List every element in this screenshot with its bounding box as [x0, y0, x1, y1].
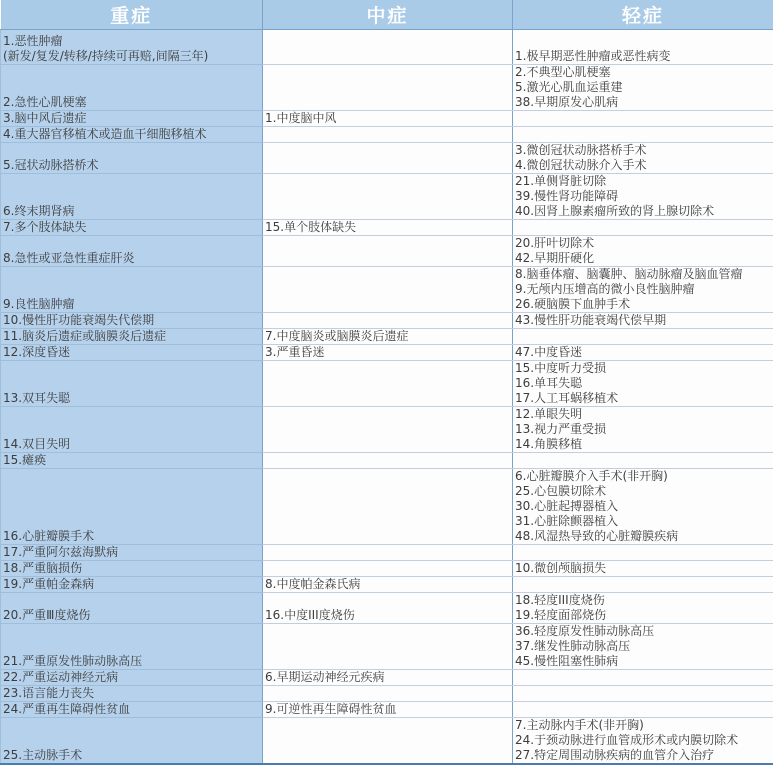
mild-cell: 3.微创冠状动脉搭桥手术4.微创冠状动脉介入手术 [513, 143, 773, 174]
cell-line: 26.硬脑膜下血肿手术 [515, 297, 771, 312]
table-row: 22.严重运动神经元病6.早期运动神经元疾病 [1, 670, 773, 686]
severe-cell: 12.深度昏迷 [1, 345, 263, 361]
cell-line: 17.人工耳蜗移植术 [515, 391, 771, 406]
cell-line: 10.慢性肝功能衰竭失代偿期 [3, 313, 260, 328]
severe-cell: 5.冠状动脉搭桥术 [1, 143, 263, 174]
table-row: 17.严重阿尔兹海默病 [1, 545, 773, 561]
cell-line: 17.严重阿尔兹海默病 [3, 545, 260, 560]
severe-cell: 4.重大器官移植术或造血干细胞移植术 [1, 127, 263, 143]
cell-line: 2.不典型心肌梗塞 [515, 65, 771, 80]
moderate-cell [263, 469, 513, 545]
cell-line: 1.中度脑中风 [265, 111, 510, 126]
cell-line: 48.风湿热导致的心脏瓣膜疾病 [515, 529, 771, 544]
cell-line: 42.早期肝硬化 [515, 251, 771, 266]
mild-cell: 8.脑垂体瘤、脑囊肿、脑动脉瘤及脑血管瘤9.无颅内压增高的微小良性脑肿瘤26.硬… [513, 267, 773, 313]
cell-line: 45.慢性阻塞性肺病 [515, 654, 771, 669]
header-row: 重症 中症 轻症 [1, 0, 773, 30]
mild-cell [513, 220, 773, 236]
moderate-cell [263, 236, 513, 267]
table-row: 11.脑炎后遗症或脑膜炎后遗症7.中度脑炎或脑膜炎后遗症 [1, 329, 773, 345]
severe-cell: 16.心脏瓣膜手术 [1, 469, 263, 545]
cell-line: 47.中度昏迷 [515, 345, 771, 360]
cell-line: 1.恶性肿瘤 [3, 34, 260, 49]
cell-line: (新发/复发/转移/持续可再赔,间隔三年) [3, 49, 260, 64]
mild-cell [513, 686, 773, 702]
cell-line: 16.中度III度烧伤 [265, 608, 510, 623]
table-row: 23.语言能力丧失 [1, 686, 773, 702]
severe-cell: 24.严重再生障碍性贫血 [1, 702, 263, 718]
mild-cell: 12.单眼失明13.视力严重受损14.角膜移植 [513, 407, 773, 453]
moderate-cell [263, 143, 513, 174]
table-row: 13.双耳失聪15.中度听力受损16.单耳失聪17.人工耳蜗移植术 [1, 361, 773, 407]
cell-line: 14.双目失明 [3, 437, 260, 452]
cell-line: 11.脑炎后遗症或脑膜炎后遗症 [3, 329, 260, 344]
table-row: 4.重大器官移植术或造血干细胞移植术 [1, 127, 773, 143]
moderate-cell: 8.中度帕金森氏病 [263, 577, 513, 593]
mild-cell: 36.轻度原发性肺动脉高压37.继发性肺动脉高压45.慢性阻塞性肺病 [513, 624, 773, 670]
column-header-severe: 重症 [1, 0, 263, 30]
moderate-cell: 3.严重昏迷 [263, 345, 513, 361]
cell-line: 15.单个肢体缺失 [265, 220, 510, 235]
severe-cell: 21.严重原发性肺动脉高压 [1, 624, 263, 670]
cell-line: 7.多个肢体缺失 [3, 220, 260, 235]
table-row: 12.深度昏迷3.严重昏迷47.中度昏迷 [1, 345, 773, 361]
cell-line: 20.严重Ⅲ度烧伤 [3, 608, 260, 623]
severe-cell: 7.多个肢体缺失 [1, 220, 263, 236]
cell-line: 18.轻度III度烧伤 [515, 593, 771, 608]
severe-cell: 10.慢性肝功能衰竭失代偿期 [1, 313, 263, 329]
severe-cell: 25.主动脉手术 [1, 718, 263, 765]
severe-cell: 20.严重Ⅲ度烧伤 [1, 593, 263, 624]
disease-classification-table: 重症 中症 轻症 1.恶性肿瘤(新发/复发/转移/持续可再赔,间隔三年)1.极早… [0, 0, 773, 765]
severe-cell: 15.瘫痪 [1, 453, 263, 469]
mild-cell: 1.极早期恶性肿瘤或恶性病变 [513, 30, 773, 65]
mild-cell: 18.轻度III度烧伤19.轻度面部烧伤 [513, 593, 773, 624]
table-row: 25.主动脉手术7.主动脉内手术(非开胸)24.于颈动脉进行血管成形术或内膜切除… [1, 718, 773, 765]
severe-cell: 19.严重帕金森病 [1, 577, 263, 593]
severe-cell: 6.终末期肾病 [1, 174, 263, 220]
cell-line: 24.严重再生障碍性贫血 [3, 702, 260, 717]
mild-cell [513, 577, 773, 593]
cell-line: 12.单眼失明 [515, 407, 771, 422]
cell-line: 5.冠状动脉搭桥术 [3, 158, 260, 173]
column-header-moderate: 中症 [263, 0, 513, 30]
table-row: 5.冠状动脉搭桥术3.微创冠状动脉搭桥手术4.微创冠状动脉介入手术 [1, 143, 773, 174]
table-row: 8.急性或亚急性重症肝炎20.肝叶切除术42.早期肝硬化 [1, 236, 773, 267]
severe-cell: 23.语言能力丧失 [1, 686, 263, 702]
table-row: 14.双目失明12.单眼失明13.视力严重受损14.角膜移植 [1, 407, 773, 453]
cell-line: 36.轻度原发性肺动脉高压 [515, 624, 771, 639]
cell-line: 43.慢性肝功能衰竭代偿早期 [515, 313, 771, 328]
severe-cell: 17.严重阿尔兹海默病 [1, 545, 263, 561]
cell-line: 27.特定周围动脉疾病的血管介入治疗 [515, 748, 771, 763]
cell-line: 9.良性脑肿瘤 [3, 297, 260, 312]
mild-cell [513, 127, 773, 143]
severe-cell: 14.双目失明 [1, 407, 263, 453]
mild-cell: 10.微创颅脑损失 [513, 561, 773, 577]
cell-line: 6.早期运动神经元疾病 [265, 670, 510, 685]
cell-line: 40.因肾上腺素瘤所致的肾上腺切除术 [515, 204, 771, 219]
table-row: 24.严重再生障碍性贫血9.可逆性再生障碍性贫血 [1, 702, 773, 718]
disease-table-body: 1.恶性肿瘤(新发/复发/转移/持续可再赔,间隔三年)1.极早期恶性肿瘤或恶性病… [1, 30, 773, 765]
cell-line: 19.严重帕金森病 [3, 577, 260, 592]
mild-cell [513, 670, 773, 686]
cell-line: 9.可逆性再生障碍性贫血 [265, 702, 510, 717]
moderate-cell: 9.可逆性再生障碍性贫血 [263, 702, 513, 718]
table-row: 7.多个肢体缺失15.单个肢体缺失 [1, 220, 773, 236]
cell-line: 3.严重昏迷 [265, 345, 510, 360]
moderate-cell [263, 267, 513, 313]
cell-line: 18.严重脑损伤 [3, 561, 260, 576]
cell-line: 7.主动脉内手术(非开胸) [515, 718, 771, 733]
table-row: 10.慢性肝功能衰竭失代偿期43.慢性肝功能衰竭代偿早期 [1, 313, 773, 329]
cell-line: 9.无颅内压增高的微小良性脑肿瘤 [515, 282, 771, 297]
moderate-cell [263, 545, 513, 561]
moderate-cell [263, 30, 513, 65]
cell-line: 39.慢性肾功能障碍 [515, 189, 771, 204]
mild-cell [513, 329, 773, 345]
cell-line: 16.单耳失聪 [515, 376, 771, 391]
moderate-cell [263, 624, 513, 670]
cell-line: 30.心脏起搏器植入 [515, 499, 771, 514]
cell-line: 19.轻度面部烧伤 [515, 608, 771, 623]
cell-line: 21.严重原发性肺动脉高压 [3, 654, 260, 669]
moderate-cell [263, 718, 513, 765]
mild-cell: 7.主动脉内手术(非开胸)24.于颈动脉进行血管成形术或内膜切除术27.特定周围… [513, 718, 773, 765]
severe-cell: 11.脑炎后遗症或脑膜炎后遗症 [1, 329, 263, 345]
moderate-cell: 15.单个肢体缺失 [263, 220, 513, 236]
moderate-cell [263, 361, 513, 407]
cell-line: 24.于颈动脉进行血管成形术或内膜切除术 [515, 733, 771, 748]
severe-cell: 13.双耳失聪 [1, 361, 263, 407]
mild-cell: 21.单侧肾脏切除39.慢性肾功能障碍40.因肾上腺素瘤所致的肾上腺切除术 [513, 174, 773, 220]
mild-cell: 15.中度听力受损16.单耳失聪17.人工耳蜗移植术 [513, 361, 773, 407]
cell-line: 7.中度脑炎或脑膜炎后遗症 [265, 329, 510, 344]
table-row: 16.心脏瓣膜手术6.心脏瓣膜介入手术(非开胸)25.心包膜切除术30.心脏起搏… [1, 469, 773, 545]
cell-line: 4.重大器官移植术或造血干细胞移植术 [3, 127, 260, 142]
cell-line: 6.心脏瓣膜介入手术(非开胸) [515, 469, 771, 484]
mild-cell: 2.不典型心肌梗塞5.激光心肌血运重建38.早期原发心肌病 [513, 65, 773, 111]
cell-line: 31.心脏除颤器植入 [515, 514, 771, 529]
cell-line: 13.视力严重受损 [515, 422, 771, 437]
table-row: 6.终末期肾病21.单侧肾脏切除39.慢性肾功能障碍40.因肾上腺素瘤所致的肾上… [1, 174, 773, 220]
cell-line: 3.微创冠状动脉搭桥手术 [515, 143, 771, 158]
mild-cell [513, 111, 773, 127]
table-row: 3.脑中风后遗症1.中度脑中风 [1, 111, 773, 127]
moderate-cell [263, 65, 513, 111]
moderate-cell [263, 453, 513, 469]
mild-cell: 6.心脏瓣膜介入手术(非开胸)25.心包膜切除术30.心脏起搏器植入31.心脏除… [513, 469, 773, 545]
cell-line: 4.微创冠状动脉介入手术 [515, 158, 771, 173]
cell-line: 8.中度帕金森氏病 [265, 577, 510, 592]
cell-line: 38.早期原发心肌病 [515, 95, 771, 110]
mild-cell [513, 702, 773, 718]
moderate-cell: 16.中度III度烧伤 [263, 593, 513, 624]
table-row: 15.瘫痪 [1, 453, 773, 469]
severe-cell: 2.急性心肌梗塞 [1, 65, 263, 111]
moderate-cell [263, 407, 513, 453]
severe-cell: 18.严重脑损伤 [1, 561, 263, 577]
mild-cell: 47.中度昏迷 [513, 345, 773, 361]
moderate-cell [263, 313, 513, 329]
cell-line: 12.深度昏迷 [3, 345, 260, 360]
cell-line: 14.角膜移植 [515, 437, 771, 452]
table-row: 18.严重脑损伤10.微创颅脑损失 [1, 561, 773, 577]
table-row: 19.严重帕金森病8.中度帕金森氏病 [1, 577, 773, 593]
moderate-cell [263, 686, 513, 702]
cell-line: 37.继发性肺动脉高压 [515, 639, 771, 654]
severe-cell: 1.恶性肿瘤(新发/复发/转移/持续可再赔,间隔三年) [1, 30, 263, 65]
moderate-cell [263, 561, 513, 577]
moderate-cell [263, 127, 513, 143]
cell-line: 20.肝叶切除术 [515, 236, 771, 251]
mild-cell: 20.肝叶切除术42.早期肝硬化 [513, 236, 773, 267]
cell-line: 25.主动脉手术 [3, 748, 260, 763]
severe-cell: 22.严重运动神经元病 [1, 670, 263, 686]
cell-line: 25.心包膜切除术 [515, 484, 771, 499]
cell-line: 15.中度听力受损 [515, 361, 771, 376]
cell-line: 13.双耳失聪 [3, 391, 260, 406]
cell-line: 21.单侧肾脏切除 [515, 174, 771, 189]
cell-line: 2.急性心肌梗塞 [3, 95, 260, 110]
moderate-cell: 6.早期运动神经元疾病 [263, 670, 513, 686]
cell-line: 22.严重运动神经元病 [3, 670, 260, 685]
cell-line: 23.语言能力丧失 [3, 686, 260, 701]
cell-line: 1.极早期恶性肿瘤或恶性病变 [515, 49, 771, 64]
cell-line: 5.激光心肌血运重建 [515, 80, 771, 95]
mild-cell [513, 453, 773, 469]
cell-line: 15.瘫痪 [3, 453, 260, 468]
severe-cell: 8.急性或亚急性重症肝炎 [1, 236, 263, 267]
table-row: 9.良性脑肿瘤8.脑垂体瘤、脑囊肿、脑动脉瘤及脑血管瘤9.无颅内压增高的微小良性… [1, 267, 773, 313]
table-row: 21.严重原发性肺动脉高压36.轻度原发性肺动脉高压37.继发性肺动脉高压45.… [1, 624, 773, 670]
table-row: 20.严重Ⅲ度烧伤16.中度III度烧伤18.轻度III度烧伤19.轻度面部烧伤 [1, 593, 773, 624]
cell-line: 3.脑中风后遗症 [3, 111, 260, 126]
severe-cell: 3.脑中风后遗症 [1, 111, 263, 127]
column-header-mild: 轻症 [513, 0, 773, 30]
cell-line: 10.微创颅脑损失 [515, 561, 771, 576]
cell-line: 16.心脏瓣膜手术 [3, 529, 260, 544]
cell-line: 8.急性或亚急性重症肝炎 [3, 251, 260, 266]
cell-line: 8.脑垂体瘤、脑囊肿、脑动脉瘤及脑血管瘤 [515, 267, 771, 282]
moderate-cell [263, 174, 513, 220]
severe-cell: 9.良性脑肿瘤 [1, 267, 263, 313]
table-row: 2.急性心肌梗塞2.不典型心肌梗塞5.激光心肌血运重建38.早期原发心肌病 [1, 65, 773, 111]
cell-line: 6.终末期肾病 [3, 204, 260, 219]
mild-cell: 43.慢性肝功能衰竭代偿早期 [513, 313, 773, 329]
moderate-cell: 7.中度脑炎或脑膜炎后遗症 [263, 329, 513, 345]
mild-cell [513, 545, 773, 561]
moderate-cell: 1.中度脑中风 [263, 111, 513, 127]
table-row: 1.恶性肿瘤(新发/复发/转移/持续可再赔,间隔三年)1.极早期恶性肿瘤或恶性病… [1, 30, 773, 65]
